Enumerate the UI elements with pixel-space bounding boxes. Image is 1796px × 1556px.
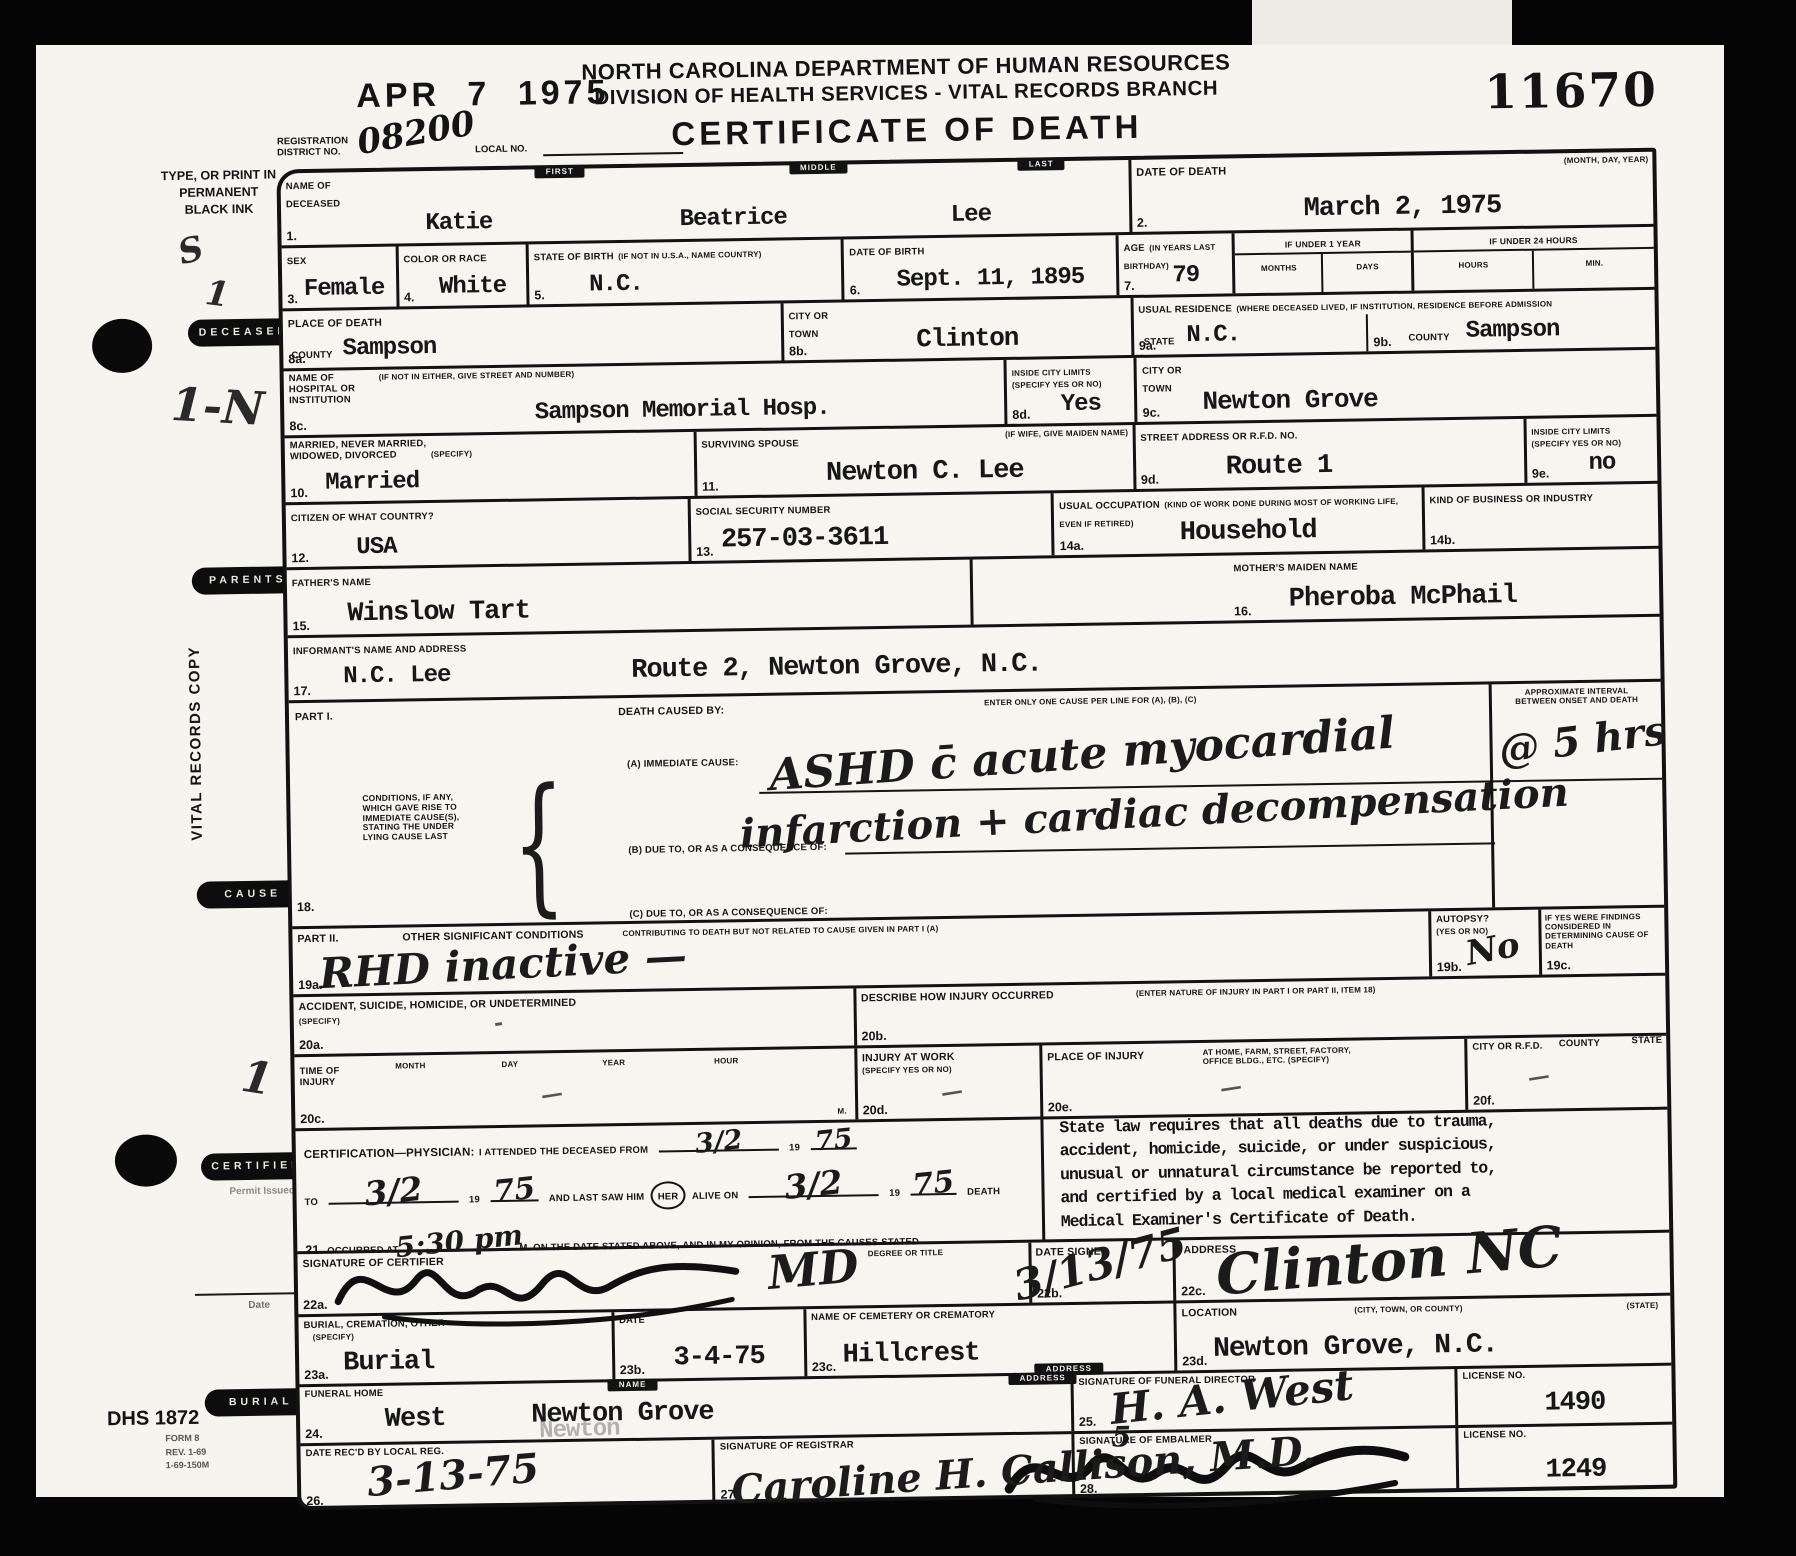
burial-date-value: 3-4-75 xyxy=(673,1344,765,1372)
time-injury-label: TIME OF INJURY xyxy=(299,1067,339,1089)
certificate-paper: APR 7 1975 NORTH CAROLINA DEPARTMENT OF … xyxy=(36,45,1724,1497)
place-injury-sub: AT HOME, FARM, STREET, FACTORY, OFFICE B… xyxy=(1203,1046,1352,1067)
alive-blank: 3/2 xyxy=(749,1184,879,1198)
marital-sub: (SPECIFY) xyxy=(431,449,472,459)
due-to-c-label: (c) DUE TO, OR AS A CONSEQUENCE OF: xyxy=(629,907,828,921)
license2-value: 1249 xyxy=(1545,1457,1606,1485)
marital-number: 10. xyxy=(290,486,308,499)
registrar-signature-label: SIGNATURE OF REGISTRAR xyxy=(720,1441,854,1454)
local-no-label: LOCAL NO. xyxy=(475,144,527,154)
field-burial: BURIAL, CREMATION, OTHER (SPECIFY) 23a. … xyxy=(298,1312,615,1384)
field-accident: ACCIDENT, SUICIDE, HOMICIDE, OR UNDETERM… xyxy=(293,988,856,1054)
certificate-number: 11670 xyxy=(1484,67,1658,117)
father-number: 15. xyxy=(292,619,310,632)
spouse-number: 11. xyxy=(702,480,719,493)
field-date-signed: DATE SIGNED 22b. 3/13/75 xyxy=(1031,1240,1176,1302)
degree-title-label: DEGREE OR TITLE xyxy=(868,1248,944,1258)
injury-state-header: STATE xyxy=(1631,1036,1662,1047)
sex-label: SEX xyxy=(287,256,307,267)
field-ssn: SOCIAL SECURITY NUMBER 13. 257-03-3611 xyxy=(690,493,1055,561)
field-autopsy: AUTOPSY? (YES OR NO) 19b. No xyxy=(1431,910,1542,977)
citizen-value: USA xyxy=(356,536,397,561)
pod-icl-label: INSIDE CITY LIMITS xyxy=(1012,368,1091,378)
under1-label: IF UNDER 1 YEAR xyxy=(1285,238,1361,249)
to-blank: 3/2 xyxy=(328,1191,458,1205)
ur-icl-label: INSIDE CITY LIMITS xyxy=(1531,426,1610,436)
year-prefix-2: 19 xyxy=(469,1194,480,1205)
field-father: FATHER'S NAME 15. Winslow Tart xyxy=(287,560,974,636)
hours-header: HOURS xyxy=(1458,260,1488,269)
street-label: STREET ADDRESS OR R.F.D. No. xyxy=(1140,430,1297,443)
location-value: Newton Grove, N.C. xyxy=(1213,1331,1498,1363)
at-work-number: 20d. xyxy=(863,1103,888,1116)
m-suffix: M. xyxy=(837,1106,846,1115)
sob-value: N.C. xyxy=(589,273,643,298)
ur-state-number: 9a. xyxy=(1139,339,1157,352)
field-how-injury: DESCRIBE HOW INJURY OCCURRED (ENTER NATU… xyxy=(856,976,1666,1046)
dob-value: Sept. 11, 1895 xyxy=(896,266,1084,293)
from-year-blank: 75 xyxy=(810,1137,856,1150)
field-street: STREET ADDRESS OR R.F.D. No. 9d. Route 1 xyxy=(1135,419,1527,489)
date-received-value: 3-13-75 xyxy=(366,1449,541,1504)
margin-hand-s: S xyxy=(175,231,207,270)
death-caused-by-label: DEATH CAUSED BY: xyxy=(618,704,724,718)
marital-value: Married xyxy=(325,470,419,495)
pod-section-label: PLACE OF DEATH xyxy=(288,317,382,330)
ur-icl-sub: (SPECIFY YES OR NO) xyxy=(1531,438,1652,449)
certifier-degree-value: MD xyxy=(766,1242,860,1296)
last-saw-text: AND LAST SAW HIM xyxy=(549,1192,645,1204)
row-cause: PART I. CONDITIONS, IF ANY, WHICH GAVE R… xyxy=(289,682,1664,930)
immediate-cause-label: (a) IMMEDIATE CAUSE: xyxy=(627,758,739,771)
part1-label: PART I. xyxy=(295,711,333,724)
accident-label: ACCIDENT, SUICIDE, HOMICIDE, OR UNDETERM… xyxy=(298,997,576,1013)
dob-label: DATE OF BIRTH xyxy=(849,246,924,258)
name-number: 1. xyxy=(286,230,297,243)
pod-icl-value: Yes xyxy=(1061,392,1102,417)
year-prefix-1: 19 xyxy=(789,1142,800,1153)
how-injury-label: DESCRIBE HOW INJURY OCCURRED xyxy=(861,989,1054,1004)
scanned-death-certificate: APR 7 1975 NORTH CAROLINA DEPARTMENT OF … xyxy=(0,0,1796,1556)
field-ur-city: CITY OR TOWN 9c. Newton Grove xyxy=(1137,350,1657,422)
cemetery-label: NAME OF CEMETERY OR CREMATORY xyxy=(811,1310,995,1324)
industry-number: 14b. xyxy=(1430,533,1455,546)
time-injury-number: 20c. xyxy=(300,1112,325,1125)
burial-number: 23a. xyxy=(304,1368,329,1381)
death-word: DEATH xyxy=(967,1186,1000,1198)
ssn-number: 13. xyxy=(696,545,714,558)
page-title: CERTIFICATE OF DEATH xyxy=(457,103,1358,157)
name-label: NAME OF DECEASED xyxy=(286,181,341,211)
cause-left-column: PART I. CONDITIONS, IF ANY, WHICH GAVE R… xyxy=(289,698,622,926)
field-ur-county: 9b. COUNTY Sampson xyxy=(1368,310,1655,351)
informant-name-value: N.C. Lee xyxy=(343,664,451,690)
mother-label: MOTHER'S MAIDEN NAME xyxy=(1233,561,1358,574)
burial-date-number: 23b. xyxy=(620,1363,645,1376)
state-law-box: State law requires that all deaths due t… xyxy=(1043,1110,1669,1240)
cemetery-value: Hillcrest xyxy=(843,1341,980,1370)
year-header: YEAR xyxy=(602,1058,625,1068)
field-state-of-birth: STATE OF BIRTH (IF NOT IN U.S.A., NAME C… xyxy=(529,240,845,305)
ur-icl-value: no xyxy=(1588,451,1615,475)
dod-value: March 2, 1975 xyxy=(1303,193,1501,223)
cause-number: 18. xyxy=(297,901,315,914)
certificate-form: NAME OF DECEASED FIRST MIDDLE LAST 1. Ka… xyxy=(276,148,1677,1511)
burial-value: Burial xyxy=(343,1349,435,1377)
alive-hand: 3/2 xyxy=(783,1165,844,1204)
enter-note: ENTER ONLY ONE CAUSE PER LINE FOR (a), (… xyxy=(984,695,1197,708)
informant-address-value: Route 2, Newton Grove, N.C. xyxy=(631,651,1042,684)
certification-label: CERTIFICATION—PHYSICIAN: xyxy=(304,1146,475,1161)
mother-value: Pheroba McPhail xyxy=(1289,583,1517,614)
ur-county-number: 9b. xyxy=(1373,335,1391,348)
under24-label: IF UNDER 24 HOURS xyxy=(1489,235,1578,246)
months-header: MONTHS xyxy=(1261,263,1297,273)
alive-year-hand: 75 xyxy=(911,1167,956,1201)
margin-hand-1: 1 xyxy=(203,276,231,313)
field-cemetery: NAME OF CEMETERY OR CREMATORY 23c. ADDRE… xyxy=(806,1303,1177,1376)
interval-rule xyxy=(1494,778,1663,783)
injury-county-header: COUNTY xyxy=(1559,1039,1600,1051)
field-interval: APPROXIMATE INTERVAL BETWEEN ONSET AND D… xyxy=(1489,682,1664,908)
occupation-label: USUAL OCCUPATION xyxy=(1059,500,1160,513)
min-header: MIN. xyxy=(1586,259,1604,268)
father-label: FATHER'S NAME xyxy=(292,577,371,589)
license1-label: LICENSE NO. xyxy=(1462,1371,1525,1383)
year-prefix-3: 19 xyxy=(889,1188,900,1199)
field-marital: MARRIED, NEVER MARRIED, WIDOWED, DIVORCE… xyxy=(285,432,698,502)
hospital-label: NAME OF HOSPITAL OR INSTITUTION xyxy=(289,373,356,407)
ur-state-value: N.C. xyxy=(1186,323,1240,348)
ur-icl-number: 9e. xyxy=(1532,467,1550,480)
registration-district-label: REGISTRATION DISTRICT NO. xyxy=(277,135,348,159)
hospital-number: 8c. xyxy=(289,419,307,432)
place-pen-mark: — xyxy=(1218,1075,1243,1100)
ur-county-label: COUNTY xyxy=(1408,333,1449,345)
dod-number: 2. xyxy=(1137,216,1148,229)
citizen-number: 12. xyxy=(291,551,309,564)
hour-header: HOUR xyxy=(714,1056,739,1066)
ur-section-label: USUAL RESIDENCE xyxy=(1138,303,1232,315)
ur-city-number: 9c. xyxy=(1143,406,1161,419)
hospital-sub: (IF NOT IN EITHER, GIVE STREET AND NUMBE… xyxy=(379,370,575,382)
middle-column-mark: MIDDLE xyxy=(789,161,848,174)
funeral-address-mark: ADDRESS xyxy=(1009,1372,1077,1385)
field-funeral-home: FUNERAL HOME NAME ADDRESS 24. West Newto… xyxy=(300,1375,1075,1443)
field-pod-city: CITY OR TOWN 8b. Clinton xyxy=(783,298,1134,360)
her-circled: HER xyxy=(658,1191,679,1202)
pod-city-label: CITY OR TOWN xyxy=(788,311,828,341)
race-label: COLOR OR RACE xyxy=(403,253,487,265)
ur-city-label: CITY OR TOWN xyxy=(1142,365,1182,395)
injury-city-label: CITY OR R.F.D. xyxy=(1472,1042,1542,1054)
place-injury-label: PLACE OF INJURY xyxy=(1047,1050,1144,1064)
license1-value: 1490 xyxy=(1544,1390,1605,1418)
name-last-value: Lee xyxy=(951,203,992,228)
permit-issued-label: Permit Issued xyxy=(229,1186,295,1197)
field-autopsy-findings: IF YES WERE FINDINGS CONSIDERED IN DETER… xyxy=(1541,908,1665,975)
funeral-home-name-value: West xyxy=(385,1406,446,1434)
address-number: 22c. xyxy=(1181,1284,1206,1297)
funeral-home-number: 24. xyxy=(305,1427,323,1440)
dod-sub: (MONTH, DAY, YEAR) xyxy=(1564,155,1649,166)
injury-city-pen-mark: — xyxy=(1526,1064,1551,1089)
mother-number: 16. xyxy=(1234,605,1252,618)
to-year-blank: 75 xyxy=(490,1189,538,1202)
conditions-note: CONDITIONS, IF ANY, WHICH GAVE RISE TO I… xyxy=(362,793,459,843)
attended-text: I ATTENDED THE DECEASED FROM xyxy=(479,1145,648,1159)
cause-middle-column: DEATH CAUSED BY: ENTER ONLY ONE CAUSE PE… xyxy=(618,684,1493,921)
form-header: NORTH CAROLINA DEPARTMENT OF HUMAN RESOU… xyxy=(456,47,1357,157)
field-pod-inside-city: INSIDE CITY LIMITS (SPECIFY YES OR NO) 8… xyxy=(1007,358,1138,424)
interval-label: APPROXIMATE INTERVAL BETWEEN ONSET AND D… xyxy=(1496,686,1657,707)
field-spouse: SURVIVING SPOUSE (IF WIFE, GIVE MAIDEN N… xyxy=(696,425,1136,496)
day-header: DAY xyxy=(501,1060,518,1069)
pod-city-number: 8b. xyxy=(789,345,807,358)
field-license-2: LICENSE NO. 1249 xyxy=(1458,1425,1673,1492)
spouse-value: Newton C. Lee xyxy=(826,458,1024,488)
name-middle-value: Beatrice xyxy=(679,206,787,232)
first-column-mark: FIRST xyxy=(535,166,585,179)
sob-sub: (IF NOT IN U.S.A., NAME COUNTRY) xyxy=(618,250,762,261)
location-label: LOCATION xyxy=(1181,1306,1237,1319)
ur-county-value: Sampson xyxy=(1465,318,1559,343)
at-work-sub: (SPECIFY YES OR NO) xyxy=(862,1065,952,1076)
ssn-label: SOCIAL SECURITY NUMBER xyxy=(695,505,830,518)
sex-value: Female xyxy=(304,277,385,302)
sob-number: 5. xyxy=(534,289,545,302)
field-date-of-death: DATE OF DEATH (MONTH, DAY, YEAR) 2. Marc… xyxy=(1131,152,1653,232)
autopsy-value: No xyxy=(1463,928,1522,972)
findings-label: IF YES WERE FINDINGS CONSIDERED IN DETER… xyxy=(1545,912,1665,951)
findings-number: 19c. xyxy=(1546,959,1571,972)
field-certifier-address: ADDRESS 22c. Clinton NC xyxy=(1175,1233,1670,1301)
race-number: 4. xyxy=(404,291,415,304)
burial-label: BURIAL, CREMATION, OTHER xyxy=(303,1319,444,1332)
location-number: 23d. xyxy=(1182,1354,1207,1367)
to-year-hand: 75 xyxy=(492,1174,537,1208)
field-burial-date: DATE 23b. 3-4-75 xyxy=(614,1309,807,1379)
field-name: NAME OF DECEASED FIRST MIDDLE LAST 1. Ka… xyxy=(280,160,1132,245)
margin-hand-cause-1: 1 xyxy=(238,1055,275,1103)
pod-icl-sub: (SPECIFY YES OR NO) xyxy=(1012,379,1130,390)
form-id: DHS 1872 xyxy=(107,1408,200,1429)
to-hand: 3/2 xyxy=(363,1172,424,1211)
form-revision: FORM 8 REV. 1-69 1-69-150M xyxy=(165,1432,209,1473)
accident-pen-mark: ‐ xyxy=(492,1011,504,1034)
field-burial-location: LOCATION (CITY, TOWN, OR COUNTY) (STATE)… xyxy=(1176,1296,1671,1371)
hole-punch-top xyxy=(92,318,153,373)
license2-label: LICENSE NO. xyxy=(1463,1430,1526,1442)
street-value: Route 1 xyxy=(1226,453,1333,482)
attended-from-blank: 3/2 xyxy=(659,1139,779,1153)
section-usual-residence: USUAL RESIDENCE (WHERE DECEASED LIVED, I… xyxy=(1133,290,1655,355)
father-value: Winslow Tart xyxy=(347,598,530,628)
field-time-of-injury: TIME OF INJURY MONTH DAY YEAR HOUR M. 20… xyxy=(294,1048,858,1128)
at-work-pen-mark: — xyxy=(940,1079,965,1104)
burial-sub: (SPECIFY) xyxy=(313,1332,354,1342)
certifier-signature-number: 22a. xyxy=(303,1298,328,1311)
field-date-of-birth: DATE OF BIRTH 6. Sept. 11, 1895 xyxy=(844,235,1119,299)
month-header: MONTH xyxy=(395,1061,425,1071)
pod-icl-number: 8d. xyxy=(1012,408,1030,421)
pod-county-value: Sampson xyxy=(342,336,436,361)
dod-label: DATE OF DEATH xyxy=(1136,165,1226,178)
field-mother: MOTHER'S MAIDEN NAME 16. Pheroba McPhail xyxy=(973,549,1660,625)
field-industry: KIND OF BUSINESS OR INDUSTRY 14b. xyxy=(1424,484,1658,550)
autopsy-number: 19b. xyxy=(1437,960,1462,973)
field-race: COLOR OR RACE 4. White xyxy=(398,244,529,306)
burial-date-label: DATE xyxy=(619,1316,645,1327)
field-sex: SEX 3. Female xyxy=(282,247,400,309)
how-injury-sub: (ENTER NATURE OF INJURY IN PART I OR PAR… xyxy=(1136,985,1376,998)
to-label: TO xyxy=(305,1197,319,1208)
pod-county-number: 8a. xyxy=(288,352,306,365)
vital-records-copy-label: VITAL RECORDS COPY xyxy=(186,615,220,855)
accident-sub: (SPECIFY) xyxy=(299,1017,340,1027)
sob-label: STATE OF BIRTH xyxy=(534,251,614,263)
age-number: 7. xyxy=(1124,279,1135,292)
field-ur-state: 9a. STATE N.C. xyxy=(1133,314,1368,355)
interval-value: @ 5 hrs xyxy=(1497,711,1669,771)
at-work-label: INJURY AT WORK xyxy=(862,1051,955,1065)
from-year-hand: 75 xyxy=(813,1125,853,1156)
accident-number: 20a. xyxy=(299,1038,324,1051)
field-occupation: USUAL OCCUPATION (KIND OF WORK DONE DURI… xyxy=(1054,487,1425,555)
field-license-1: LICENSE NO. 1490 xyxy=(1457,1366,1672,1425)
autopsy-label: AUTOPSY? xyxy=(1436,914,1489,926)
industry-label: KIND OF BUSINESS OR INDUSTRY xyxy=(1429,493,1593,507)
field-ur-inside-city: INSIDE CITY LIMITS (SPECIFY YES OR NO) 9… xyxy=(1526,417,1657,483)
field-certification: CERTIFICATION—PHYSICIAN: I ATTENDED THE … xyxy=(295,1119,1045,1251)
informant-number: 17. xyxy=(293,684,311,697)
field-date-received: DATE REC'D BY LOCAL REG. 26. 3-13-75 xyxy=(300,1440,715,1511)
field-citizen: CITIZEN OF WHAT COUNTRY? 12. USA xyxy=(286,499,692,567)
field-under-1-year: IF UNDER 1 YEAR MONTHS DAYS xyxy=(1235,231,1414,294)
location-sub-state: (STATE) xyxy=(1627,1301,1659,1311)
conditions-brace: { xyxy=(511,769,566,920)
ghost-stamp: Newton xyxy=(539,1417,620,1444)
attended-from-hand: 3/2 xyxy=(694,1126,744,1158)
location-sub-city: (CITY, TOWN, OR COUNTY) xyxy=(1354,1304,1463,1315)
marital-label: MARRIED, NEVER MARRIED, WIDOWED, DIVORCE… xyxy=(290,439,427,463)
part2-value: RHD inactive — xyxy=(318,935,688,996)
citizen-label: CITIZEN OF WHAT COUNTRY? xyxy=(291,511,434,524)
age-label: AGE xyxy=(1124,243,1145,254)
name-first-value: Katie xyxy=(425,211,492,236)
field-under-24-hours: IF UNDER 24 HOURS HOURS MIN. xyxy=(1413,227,1654,291)
funeral-home-label: FUNERAL HOME xyxy=(305,1389,384,1401)
time-pen-mark: — xyxy=(540,1082,565,1107)
hole-punch-bottom xyxy=(115,1134,178,1187)
how-injury-number: 20b. xyxy=(861,1029,886,1042)
days-header: DAYS xyxy=(1356,262,1378,271)
field-injury-at-work: INJURY AT WORK (SPECIFY YES OR NO) 20d. … xyxy=(857,1045,1043,1119)
cemetery-number: 23c. xyxy=(812,1360,837,1373)
dob-number: 6. xyxy=(850,284,861,297)
field-age: AGE (IN YEARS LAST BIRTHDAY) 7. 79 xyxy=(1118,233,1236,295)
last-column-mark: LAST xyxy=(1018,158,1065,171)
spouse-sub: (IF WIFE, GIVE MAIDEN NAME) xyxy=(1005,428,1128,439)
occupation-number: 14a. xyxy=(1060,539,1085,552)
alive-year-blank: 75 xyxy=(911,1183,957,1196)
alive-on-text: ALIVE ON xyxy=(692,1190,739,1202)
race-value: White xyxy=(439,275,506,300)
informant-label: INFORMANT'S NAME AND ADDRESS xyxy=(293,643,467,657)
funeral-name-mark: NAME xyxy=(608,1379,658,1392)
field-pod-county: PLACE OF DEATH 8a. COUNTY Sampson xyxy=(283,303,785,368)
hospital-value: Sampson Memorial Hosp. xyxy=(535,397,830,426)
field-hospital: NAME OF HOSPITAL OR INSTITUTION (IF NOT … xyxy=(284,360,1008,435)
date-received-number: 26. xyxy=(306,1494,324,1507)
sex-number: 3. xyxy=(287,293,298,306)
margin-hand-1n: 1-N xyxy=(170,381,266,432)
ssn-value: 257-03-3611 xyxy=(721,525,889,555)
street-number: 9d. xyxy=(1141,473,1159,486)
spouse-label: SURVIVING SPOUSE xyxy=(701,438,799,451)
field-certifier-signature: SIGNATURE OF CERTIFIER 22a. MD DEGREE OR… xyxy=(297,1243,1032,1315)
part2-label: PART II. xyxy=(297,933,338,946)
state-law-text: State law requires that all deaths due t… xyxy=(1043,1095,1669,1240)
